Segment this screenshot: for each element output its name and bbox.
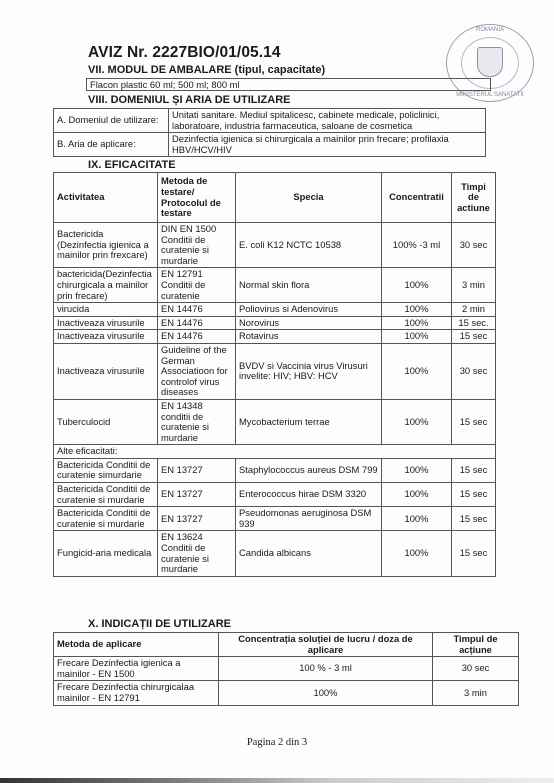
cell-species: Rotavirus [236,330,382,344]
cell-concentration: 100% [382,330,452,344]
header-method-application: Metoda de aplicare [54,633,219,657]
cell-time: 2 min [452,303,496,317]
efficacy-table: Activitatea Metoda de testare/ Protocolu… [53,172,496,577]
cell-species: Enterococcus hirae DSM 3320 [236,483,382,507]
cell-species: Mycobacterium terrae [236,399,382,444]
area-value: Dezinfectia igienica si chirurgicala a m… [169,133,486,157]
area-label: B. Aria de aplicare: [54,133,169,157]
cell-time: 15 sec. [452,316,496,330]
cell-time: 15 sec [452,483,496,507]
cell-time: 15 sec [452,507,496,531]
cell-concentration-dose: 100 % - 3 ml [219,657,433,681]
other-efficacies-row: Alte eficacitati: [54,445,496,459]
cell-species: Candida albicans [236,531,382,576]
cell-time: 15 sec [452,531,496,576]
domain-value: Unitati sanitare. Mediul spitalicesc, ca… [169,109,486,133]
efficacy-row: Bactericida Conditii de curatenie si mur… [54,507,496,531]
cell-action-time: 30 sec [433,657,519,681]
efficacy-row: Bactericida Conditii de curatenie simurd… [54,458,496,482]
cell-method: EN 13727 [158,483,236,507]
header-activity: Activitatea [54,173,158,223]
cell-species: Poliovirus si Adenovirus [236,303,382,317]
cell-species: BVDV si Vaccinia virus Virusuri invelite… [236,343,382,399]
usage-header-row: Metoda de aplicare Concentrația soluției… [54,633,519,657]
cell-concentration: 100% [382,531,452,576]
cell-concentration: 100% [382,458,452,482]
cell-concentration: 100% [382,483,452,507]
page-number: Pagina 2 din 3 [0,737,554,748]
cell-method: DIN EN 1500 Conditii de curatenie si mur… [158,223,236,268]
cell-activity: Fungicid-aria medicala [54,531,158,576]
document-title: AVIZ Nr. 2227BIO/01/05.14 [88,44,281,62]
efficacy-row: Inactiveaza virusurileEN 14476Rotavirus1… [54,330,496,344]
cell-method: EN 14476 [158,316,236,330]
usage-row: Frecare Dezinfectia chirurgicalaa mainil… [54,681,519,705]
efficacy-row: Bactericida Conditii de curatenie si mur… [54,483,496,507]
other-efficacies-label: Alte eficacitati: [54,445,496,459]
cell-concentration: 100% [382,507,452,531]
header-method: Metoda de testare/ Protocolul de testare [158,173,236,223]
efficacy-row: Bactericida (Dezinfectia igienica a main… [54,223,496,268]
stamp-bottom-text: MINISTERUL SANATATII [447,92,533,98]
header-concentration-dose: Concentrația soluției de lucru / doza de… [219,633,433,657]
header-species: Specia [236,173,382,223]
cell-time: 30 sec [452,223,496,268]
cell-method: EN 14348 conditii de curatenie si murdar… [158,399,236,444]
cell-method: EN 12791 Conditii de curatenie [158,268,236,303]
packaging-value: Flacon plastic 60 ml; 500 ml; 800 ml [86,78,491,91]
stamp-top-text: ROMANIA [447,27,533,33]
efficacy-header-row: Activitatea Metoda de testare/ Protocolu… [54,173,496,223]
cell-method: EN 13727 [158,458,236,482]
efficacy-row: bactericida(Dezinfectia chirurgicala a m… [54,268,496,303]
cell-method: EN 13624 Conditii de curatenie si murdar… [158,531,236,576]
domain-row: A. Domeniul de utilizare: Unitati sanita… [54,109,486,133]
section-packaging-title: VII. MODUL DE AMBALARE (tipul, capacitat… [88,64,325,76]
cell-method: Guideline of the German Associatioon for… [158,343,236,399]
scan-edge [0,778,554,783]
cell-activity: Bactericida Conditii de curatenie si mur… [54,507,158,531]
usage-row: Frecare Dezinfectia igienica a mainilor … [54,657,519,681]
domain-table: A. Domeniul de utilizare: Unitati sanita… [53,108,486,157]
efficacy-row: TuberculocidEN 14348 conditii de curaten… [54,399,496,444]
header-action-time: Timpul de acțiune [433,633,519,657]
cell-activity: Inactiveaza virusurile [54,343,158,399]
cell-method: EN 14476 [158,303,236,317]
cell-method: EN 14476 [158,330,236,344]
cell-time: 15 sec [452,399,496,444]
cell-time: 15 sec [452,330,496,344]
cell-species: Norovirus [236,316,382,330]
cell-activity: Tuberculocid [54,399,158,444]
section-usage-title: X. INDICAȚII DE UTILIZARE [88,618,231,630]
cell-concentration: 100% [382,399,452,444]
header-time: Timpi de actiune [452,173,496,223]
efficacy-row: Fungicid-aria medicalaEN 13624 Conditii … [54,531,496,576]
cell-species: E. coli K12 NCTC 10538 [236,223,382,268]
domain-label: A. Domeniul de utilizare: [54,109,169,133]
cell-activity: Bactericida (Dezinfectia igienica a main… [54,223,158,268]
area-row: B. Aria de aplicare: Dezinfectia igienic… [54,133,486,157]
cell-method-application: Frecare Dezinfectia igienica a mainilor … [54,657,219,681]
usage-table: Metoda de aplicare Concentrația soluției… [53,632,519,706]
cell-method-application: Frecare Dezinfectia chirurgicalaa mainil… [54,681,219,705]
cell-time: 15 sec [452,458,496,482]
cell-activity: Bactericida Conditii de curatenie si mur… [54,483,158,507]
document-page: AVIZ Nr. 2227BIO/01/05.14 ROMANIA MINIST… [0,0,554,783]
header-concentration: Concentratii [382,173,452,223]
cell-activity: bactericida(Dezinfectia chirurgicala a m… [54,268,158,303]
cell-concentration: 100% -3 ml [382,223,452,268]
cell-time: 30 sec [452,343,496,399]
section-domain-title: VIII. DOMENIUL ȘI ARIA DE UTILIZARE [88,94,291,106]
section-efficacy-title: IX. EFICACITATE [88,159,176,171]
efficacy-row: Inactiveaza virusurileEN 14476Norovirus1… [54,316,496,330]
cell-time: 3 min [452,268,496,303]
cell-species: Staphylococcus aureus DSM 799 [236,458,382,482]
efficacy-row: virucidaEN 14476Poliovirus si Adenovirus… [54,303,496,317]
coat-of-arms-icon [477,47,503,77]
cell-activity: virucida [54,303,158,317]
cell-activity: Inactiveaza virusurile [54,330,158,344]
cell-species: Pseudomonas aeruginosa DSM 939 [236,507,382,531]
cell-activity: Inactiveaza virusurile [54,316,158,330]
cell-concentration: 100% [382,268,452,303]
cell-concentration: 100% [382,303,452,317]
cell-concentration-dose: 100% [219,681,433,705]
cell-action-time: 3 min [433,681,519,705]
cell-concentration: 100% [382,316,452,330]
efficacy-row: Inactiveaza virusurileGuideline of the G… [54,343,496,399]
cell-activity: Bactericida Conditii de curatenie simurd… [54,458,158,482]
cell-method: EN 13727 [158,507,236,531]
cell-concentration: 100% [382,343,452,399]
cell-species: Normal skin flora [236,268,382,303]
